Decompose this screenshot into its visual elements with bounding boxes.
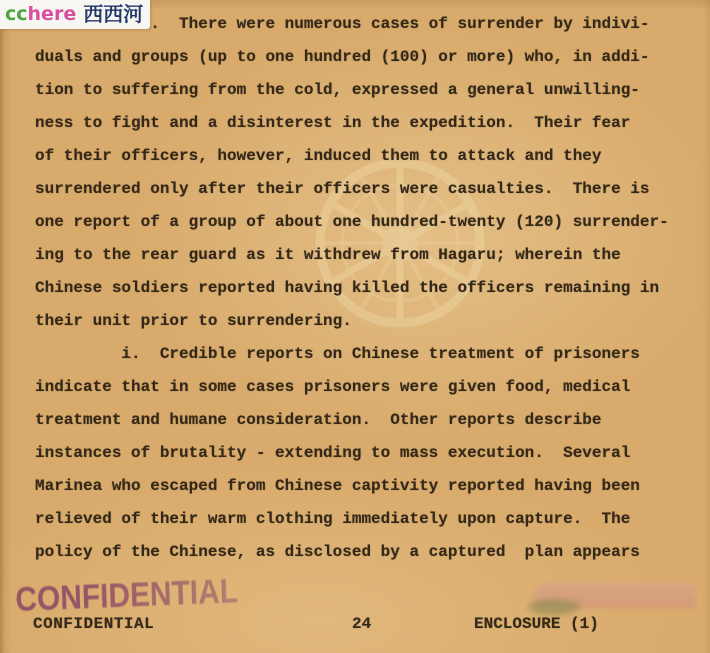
document-line: i. Credible reports on Chinese treatment… [35, 338, 695, 371]
document-line: one report of a group of about one hundr… [35, 206, 695, 239]
redacted-blur-blob [528, 599, 580, 615]
document-line: their unit prior to surrendering. [35, 305, 695, 338]
watermark-here-text: here [28, 2, 77, 26]
document-line: relieved of their warm clothing immediat… [35, 503, 695, 536]
document-line: tion to suffering from the cold, express… [35, 74, 695, 107]
document-line: indicate that in some cases prisoners we… [35, 371, 695, 404]
watermark-chinese-text: 西西河 [83, 2, 143, 26]
document-line: policy of the Chinese, as disclosed by a… [35, 536, 695, 569]
cchere-watermark: cchere西西河 [0, 0, 150, 29]
scanned-document-page: h. There were numerous cases of surrende… [0, 0, 710, 653]
watermark-cc-text: cc [5, 2, 28, 26]
document-line: Marinea who escaped from Chinese captivi… [35, 470, 695, 503]
document-body-text: h. There were numerous cases of surrende… [35, 8, 695, 569]
document-line: treatment and humane consideration. Othe… [35, 404, 695, 437]
document-line: Chinese soldiers reported having killed … [35, 272, 695, 305]
document-line: ing to the rear guard as it withdrew fro… [35, 239, 695, 272]
confidential-rubber-stamp: CONFIDENTIAL [15, 572, 239, 620]
footer-classification: CONFIDENTIAL [33, 615, 154, 633]
document-line: surrendered only after their officers we… [35, 173, 695, 206]
document-line: instances of brutality - extending to ma… [35, 437, 695, 470]
page-number: 24 [352, 615, 371, 633]
document-line: of their officers, however, induced them… [35, 140, 695, 173]
enclosure-label: ENCLOSURE (1) [474, 615, 599, 633]
document-line: ness to fight and a disinterest in the e… [35, 107, 695, 140]
document-line: duals and groups (up to one hundred (100… [35, 41, 695, 74]
